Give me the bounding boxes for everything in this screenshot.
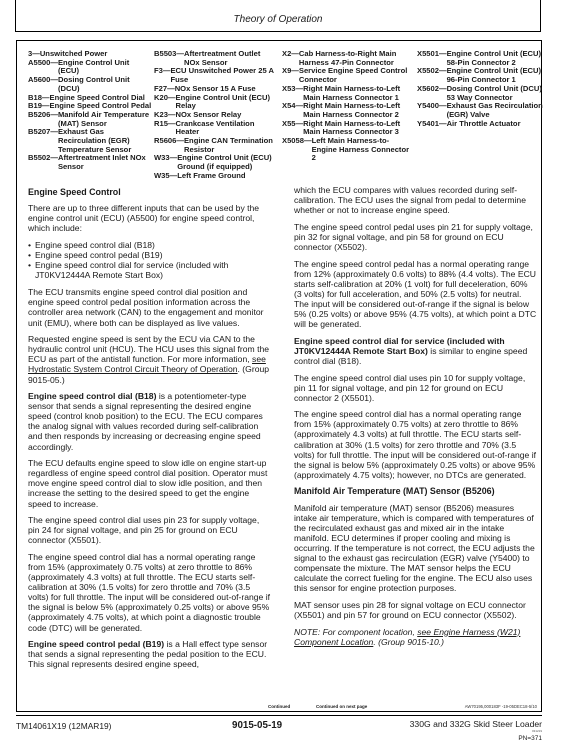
legend-item: W35—Left Frame Ground	[154, 172, 278, 181]
legend-column-1: 3—Unswitched PowerA5500—Engine Control U…	[28, 50, 152, 172]
legend-value: Aftertreatment Inlet NOx Sensor	[58, 154, 152, 171]
paragraph-dial: Engine speed control dial (B18) is a pot…	[28, 391, 271, 452]
paragraph-default-idle: The ECU defaults engine speed to slow id…	[28, 458, 271, 508]
legend-key: B5206—	[28, 111, 58, 128]
page-number: 9015-05-19	[232, 720, 282, 731]
page-header: Theory of Operation	[15, 0, 541, 32]
document-id: AW70195,000183F -19-05DEC18-5/10	[465, 704, 537, 709]
paragraph-can: The ECU transmits engine speed control d…	[28, 287, 271, 327]
paragraph-pedal-cont: which the ECU compares with values recor…	[294, 185, 537, 215]
legend-value: Left Frame Ground	[177, 172, 245, 181]
paragraph-pedal-pins: The engine speed control pedal uses pin …	[294, 222, 537, 252]
list-item: Engine speed control pedal (B19)	[28, 250, 271, 260]
legend-key: A5500—	[28, 59, 58, 76]
continued-left: Continued	[268, 704, 290, 709]
legend-key: K20—	[154, 94, 176, 111]
legend-value: Left Main Harness-to-Engine Harness Conn…	[312, 137, 414, 163]
legend-item: B5207—Exhaust Gas Recirculation (EGR) Te…	[28, 128, 152, 154]
legend-key: R5606—	[154, 137, 184, 154]
legend-value: Manifold Air Temperature (MAT) Sensor	[58, 111, 152, 128]
heading-mat-sensor: Manifold Air Temperature (MAT) Sensor (B…	[294, 486, 537, 496]
legend-item: W33—Engine Control Unit (ECU) Ground (if…	[154, 154, 278, 171]
legend-value: Engine Control Unit (ECU)	[58, 59, 152, 76]
note: NOTE: For component location, see Engine…	[294, 627, 537, 647]
legend-key: R15—	[154, 120, 176, 137]
paragraph-dial-pins: The engine speed control dial uses pin 2…	[28, 515, 271, 545]
legend-key: X5502—	[417, 67, 447, 84]
paragraph-dial-range: The engine speed control dial has a norm…	[28, 552, 271, 633]
legend-item: X55—Right Main Harness-to-Left Main Harn…	[282, 120, 414, 137]
right-column: which the ECU compares with values recor…	[294, 185, 537, 653]
content-box: 3—Unswitched PowerA5500—Engine Control U…	[16, 40, 542, 712]
legend-item: A5600—Dosing Control Unit (DCU)	[28, 76, 152, 93]
legend-item: X9—Service Engine Speed Control Connecto…	[282, 67, 414, 84]
list-item: Engine speed control dial for service (i…	[28, 260, 271, 280]
legend-key: W33—	[154, 154, 177, 171]
legend-key: F3—	[154, 67, 170, 84]
legend-value: Engine Control Unit (ECU) 58-Pin Connect…	[447, 50, 545, 67]
legend-key: A5600—	[28, 76, 58, 93]
manual-id: TM14061X19 (12MAR19)	[16, 721, 111, 731]
legend-key: W35—	[154, 172, 177, 181]
legend-item: Y5401—Air Throttle Actuator	[417, 120, 545, 129]
legend-key: X5501—	[417, 50, 447, 67]
paragraph-service-range: The engine speed control dial has a norm…	[294, 409, 537, 480]
list-item: Engine speed control dial (B18)	[28, 240, 271, 250]
legend-item: X5501—Engine Control Unit (ECU) 58-Pin C…	[417, 50, 545, 67]
paragraph-service-pins: The engine speed control dial uses pin 1…	[294, 373, 537, 403]
input-list: Engine speed control dial (B18) Engine s…	[28, 240, 271, 280]
legend-key: B5503—	[154, 50, 184, 67]
legend-key: X53—	[282, 85, 303, 102]
legend-key: X5602—	[417, 85, 447, 102]
legend-item: X54—Right Main Harness-to-Left Main Harn…	[282, 102, 414, 119]
legend-value: Aftertreatment Outlet NOx Sensor	[184, 50, 278, 67]
heading-engine-speed-control: Engine Speed Control	[28, 187, 271, 197]
legend-key: X9—	[282, 67, 299, 84]
legend-key: Y5400—	[417, 102, 447, 119]
legend-item: X5502—Engine Control Unit (ECU) 96-Pin C…	[417, 67, 545, 84]
legend-value: Exhaust Gas Recirculation (EGR) Temperat…	[58, 128, 152, 154]
legend-key: X5058—	[282, 137, 312, 163]
pn-number: PN=371	[518, 735, 542, 742]
legend-item: B5503—Aftertreatment Outlet NOx Sensor	[154, 50, 278, 67]
paragraph-service-dial: Engine speed control dial for service (i…	[294, 336, 537, 366]
legend-item: R15—Crankcase Ventilation Heater	[154, 120, 278, 137]
legend-value: Cab Harness-to-Right Main Harness 47-Pin…	[299, 50, 414, 67]
legend-value: Engine Control Unit (ECU) Relay	[176, 94, 278, 111]
legend-value: Air Throttle Actuator	[447, 120, 521, 129]
legend-item: X5058—Left Main Harness-to-Engine Harnes…	[282, 137, 414, 163]
legend-value: Dosing Control Unit (DCU) 53 Way Connect…	[447, 85, 545, 102]
legend-item: X53—Right Main Harness-to-Left Main Harn…	[282, 85, 414, 102]
legend-item: R5606—Engine CAN Termination Resistor	[154, 137, 278, 154]
component-legend: 3—Unswitched PowerA5500—Engine Control U…	[28, 50, 538, 185]
product-name: 330G and 332G Skid Steer Loader	[410, 719, 542, 729]
legend-value: Exhaust Gas Recirculation (EGR) Valve	[447, 102, 545, 119]
legend-value: Engine Control Unit (ECU) 96-Pin Connect…	[447, 67, 545, 84]
legend-item: F3—ECU Unswitched Power 25 A Fuse	[154, 67, 278, 84]
legend-key: X54—	[282, 102, 303, 119]
legend-value: ECU Unswitched Power 25 A Fuse	[170, 67, 278, 84]
paragraph-mat: Manifold air temperature (MAT) sensor (B…	[294, 503, 537, 594]
legend-value: Right Main Harness-to-Left Main Harness …	[303, 85, 414, 102]
legend-item: B5502—Aftertreatment Inlet NOx Sensor	[28, 154, 152, 171]
paragraph-mat-pins: MAT sensor uses pin 28 for signal voltag…	[294, 600, 537, 620]
legend-value: Engine Control Unit (ECU) Ground (if equ…	[177, 154, 278, 171]
legend-key: B5502—	[28, 154, 58, 171]
legend-item: X5602—Dosing Control Unit (DCU) 53 Way C…	[417, 85, 545, 102]
legend-item: Y5400—Exhaust Gas Recirculation (EGR) Va…	[417, 102, 545, 119]
print-date: 031219	[532, 729, 542, 733]
legend-key: X55—	[282, 120, 303, 137]
legend-item: X2—Cab Harness-to-Right Main Harness 47-…	[282, 50, 414, 67]
legend-item: B5206—Manifold Air Temperature (MAT) Sen…	[28, 111, 152, 128]
continued-next-page: Continued on next page	[316, 704, 367, 709]
legend-value: Service Engine Speed Control Connector	[299, 67, 414, 84]
legend-value: Engine CAN Termination Resistor	[184, 137, 278, 154]
paragraph-pedal-range: The engine speed control pedal has a nor…	[294, 259, 537, 330]
legend-item: A5500—Engine Control Unit (ECU)	[28, 59, 152, 76]
legend-value: Crankcase Ventilation Heater	[176, 120, 278, 137]
legend-key: B5207—	[28, 128, 58, 154]
legend-value: Right Main Harness-to-Left Main Harness …	[303, 102, 414, 119]
intro-paragraph: There are up to three different inputs t…	[28, 203, 271, 233]
legend-column-4: X5501—Engine Control Unit (ECU) 58-Pin C…	[417, 50, 545, 128]
paragraph-hcu: Requested engine speed is sent by the EC…	[28, 334, 271, 384]
legend-column-2: B5503—Aftertreatment Outlet NOx SensorF3…	[154, 50, 278, 181]
legend-item: K20—Engine Control Unit (ECU) Relay	[154, 94, 278, 111]
legend-value: Right Main Harness-to-Left Main Harness …	[303, 120, 414, 137]
section-title: Theory of Operation	[16, 14, 540, 25]
legend-key: Y5401—	[417, 120, 447, 129]
paragraph-pedal: Engine speed control pedal (B19) is a Ha…	[28, 639, 271, 669]
left-column: Engine Speed Control There are up to thr…	[28, 185, 271, 676]
footer-divider	[16, 715, 542, 716]
legend-column-3: X2—Cab Harness-to-Right Main Harness 47-…	[282, 50, 414, 163]
legend-key: X2—	[282, 50, 299, 67]
legend-value: Dosing Control Unit (DCU)	[58, 76, 152, 93]
